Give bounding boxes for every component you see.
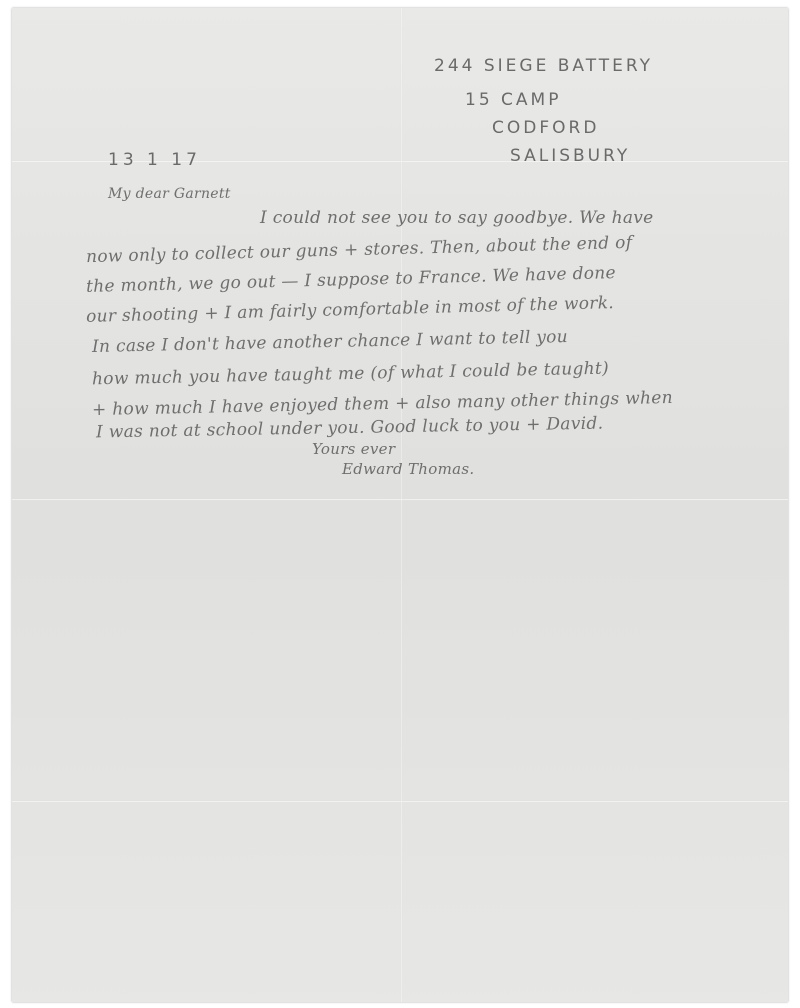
- body-line-3: the month, we go out — I suppose to Fran…: [86, 263, 616, 297]
- closing: Yours ever: [312, 440, 395, 458]
- address-line-1: 244 SIEGE BATTERY: [434, 56, 653, 76]
- body-line-5: In case I don't have another chance I wa…: [92, 327, 568, 357]
- signature: Edward Thomas.: [342, 460, 474, 478]
- body-line-6: how much you have taught me (of what I c…: [92, 359, 609, 390]
- letter-date: 13 1 17: [108, 150, 201, 170]
- address-line-2: 15 CAMP: [465, 90, 561, 110]
- salutation: My dear Garnett: [108, 186, 231, 202]
- body-line-2: now only to collect our guns + stores. T…: [86, 233, 633, 267]
- fold-line-vertical: [400, 8, 403, 1002]
- address-line-4: SALISBURY: [510, 146, 630, 166]
- body-line-1: I could not see you to say goodbye. We h…: [260, 208, 654, 228]
- address-line-3: CODFORD: [492, 118, 599, 138]
- body-line-4: our shooting + I am fairly comfortable i…: [86, 293, 614, 327]
- letter-sheet: 244 SIEGE BATTERY 15 CAMP CODFORD SALISB…: [12, 8, 788, 1002]
